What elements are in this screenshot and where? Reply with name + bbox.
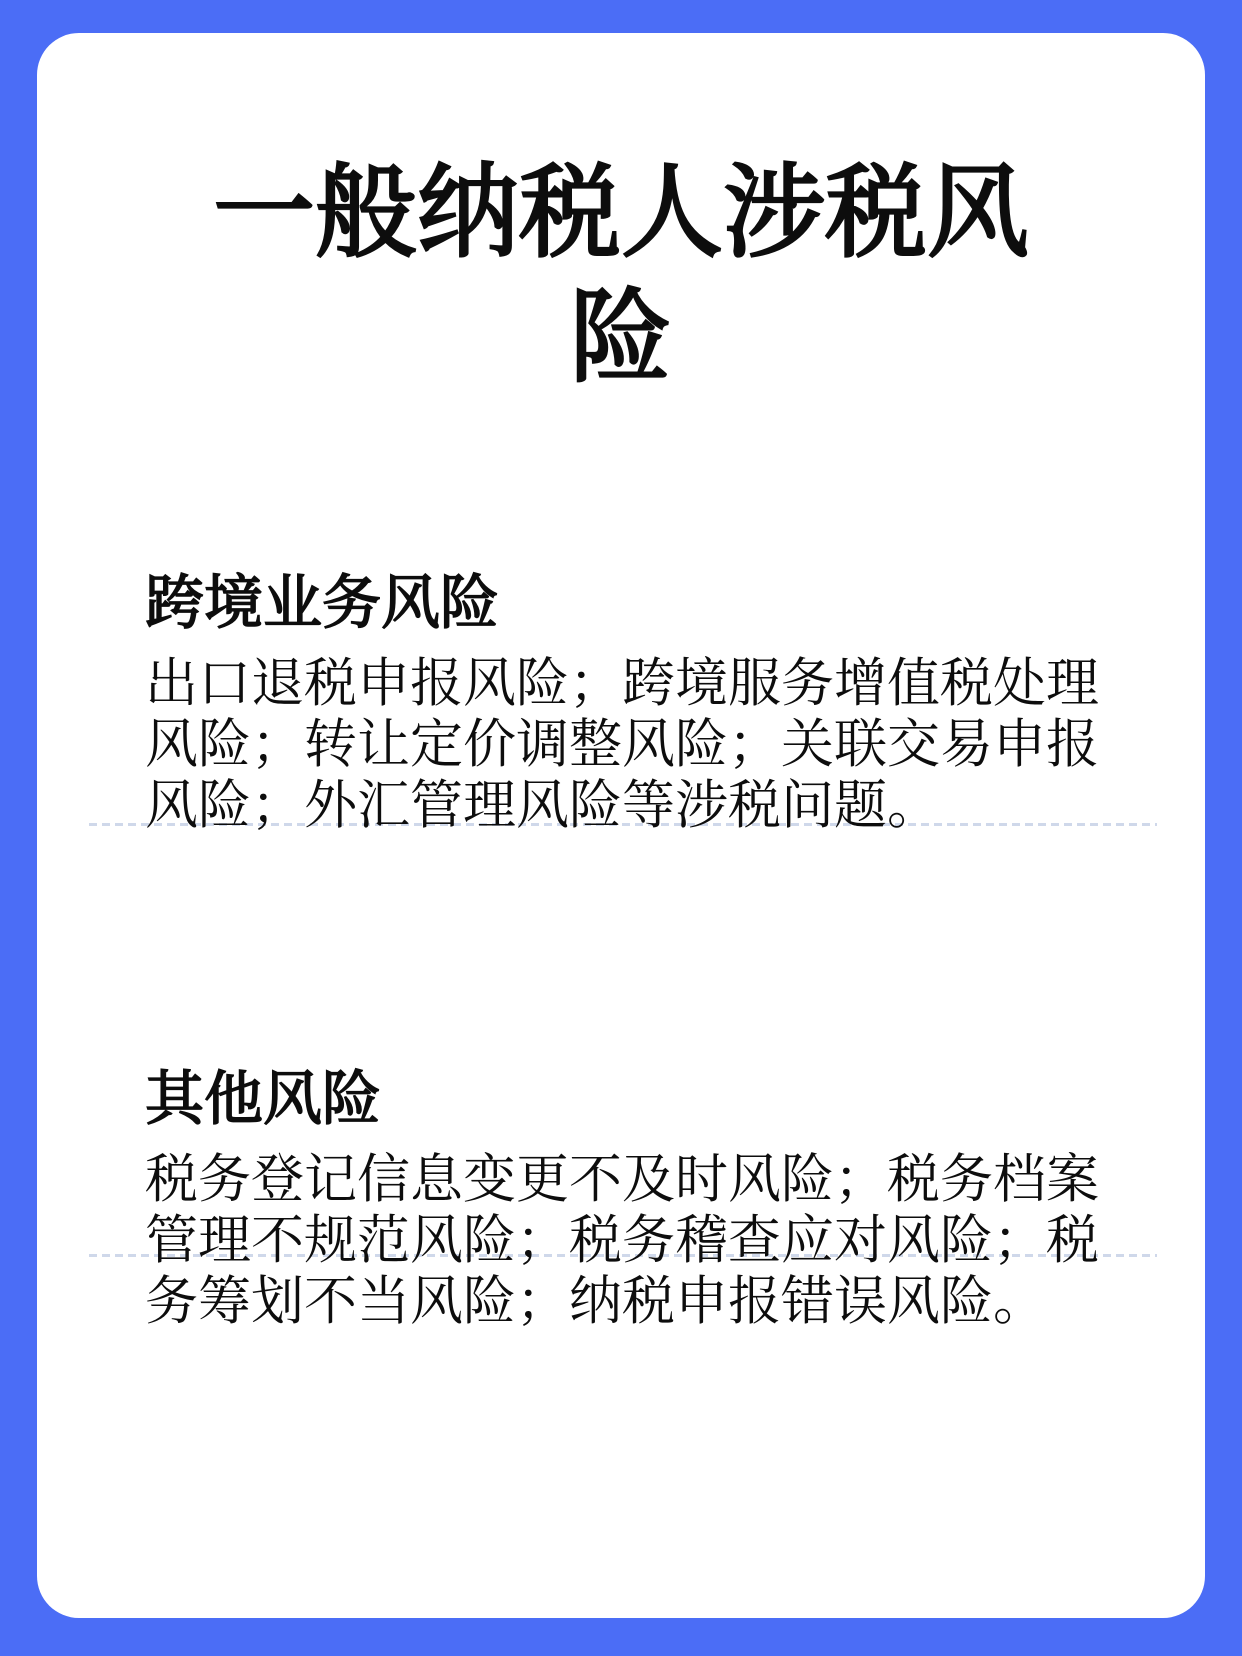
page-background: 一般纳税人涉税风险 跨境业务风险 出口退税申报风险；跨境服务增值税处理风险；转让… <box>0 0 1242 1656</box>
section-body-cross-border: 出口退税申报风险；跨境服务增值税处理风险；转让定价调整风险；关联交易申报风险；外… <box>145 653 1125 836</box>
section-heading-other: 其他风险 <box>145 1063 1125 1135</box>
content-card: 一般纳税人涉税风险 跨境业务风险 出口退税申报风险；跨境服务增值税处理风险；转让… <box>37 33 1205 1618</box>
page-title: 一般纳税人涉税风险 <box>191 151 1051 401</box>
section-body-other: 税务登记信息变更不及时风险；税务档案管理不规范风险；税务稽查应对风险；税务筹划不… <box>145 1149 1125 1332</box>
section-cross-border-risk: 跨境业务风险 出口退税申报风险；跨境服务增值税处理风险；转让定价调整风险；关联交… <box>145 567 1125 836</box>
section-other-risk: 其他风险 税务登记信息变更不及时风险；税务档案管理不规范风险；税务稽查应对风险；… <box>145 1063 1125 1332</box>
section-heading-cross-border: 跨境业务风险 <box>145 567 1125 639</box>
